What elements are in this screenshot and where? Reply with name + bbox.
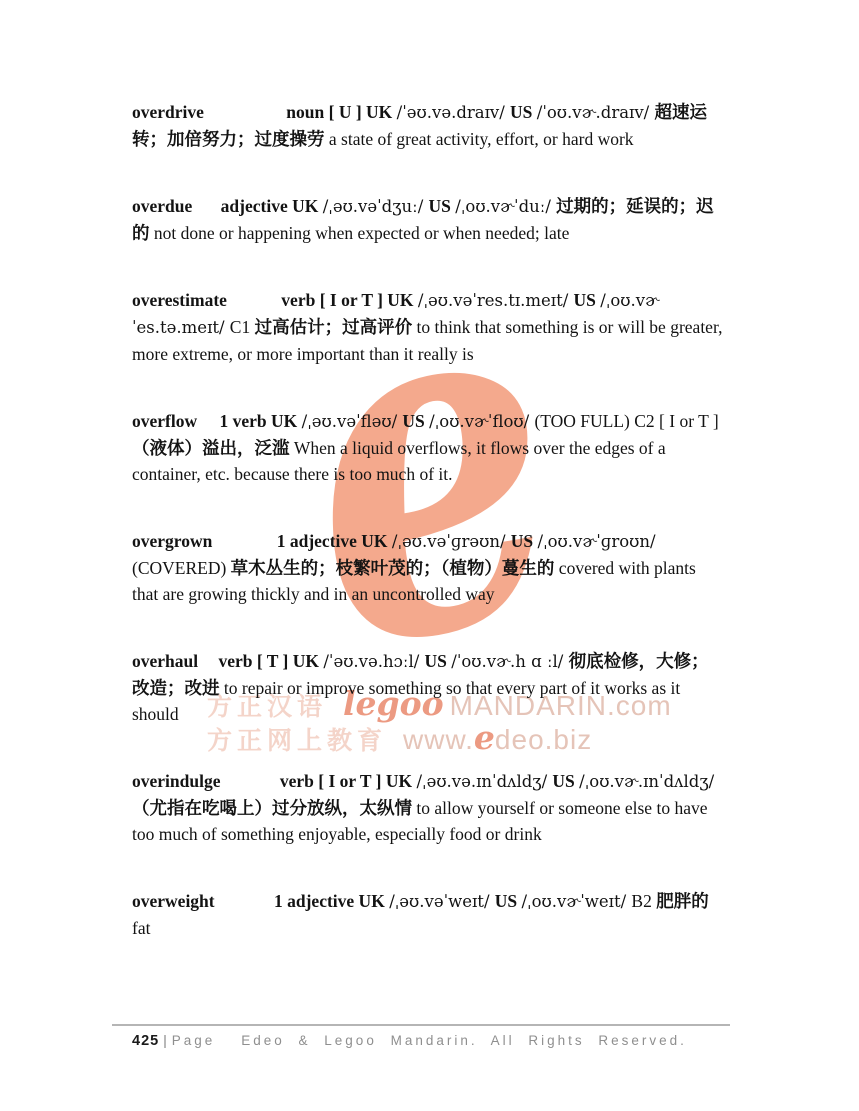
- headword: overestimate: [132, 290, 227, 310]
- entry-segment-ipa: /ˌoʊ.vɚˈfloʊ/: [429, 412, 534, 431]
- entry-segment-plain: B2: [631, 891, 656, 911]
- entry-segment-ipa: /ˌəʊ.vəˈres.tɪ.meɪt/: [418, 291, 574, 310]
- headword: overweight: [132, 891, 215, 911]
- entry-segment-def: a state of great activity, effort, or ha…: [329, 129, 634, 149]
- entry-segment-ipa: /ˈəʊ.və.hɔːl/: [323, 652, 424, 671]
- entry-segment-zh: （尤指在吃喝上）过分放纵，太纵情: [132, 798, 416, 818]
- entry-segment-ipa: /ˈəʊ.və.draɪv/: [397, 103, 510, 122]
- tab-space: [215, 906, 270, 907]
- headword: overdue: [132, 196, 192, 216]
- entry-segment-ipa: /ˌəʊ.vəˈweɪt/: [389, 892, 495, 911]
- tab-space: [197, 426, 215, 427]
- entry-segment-ipa: /ˌoʊ.vɚˈɡroʊn/: [538, 532, 656, 551]
- entry-segment-pos: 1 adjective UK: [274, 891, 389, 911]
- dict-entry-overdrive: overdrive noun [ U ] UK /ˈəʊ.və.draɪv/ U…: [132, 99, 724, 152]
- entry-segment-pos: 1 adjective UK: [277, 531, 392, 551]
- footer-divider: [112, 1024, 730, 1026]
- entry-segment-zh: （液体）溢出，泛滥: [132, 438, 294, 458]
- entry-segment-plain: (TOO FULL) C2 [ I or T ]: [534, 411, 718, 431]
- entry-segment-pos: US: [425, 651, 452, 671]
- copyright-text: Edeo & Legoo Mandarin. All Rights Reserv…: [241, 1033, 687, 1048]
- entry-segment-pos: noun [ U ] UK: [286, 102, 396, 122]
- headword: overflow: [132, 411, 197, 431]
- entry-segment-pos: US: [511, 531, 538, 551]
- footer-text: 425|PageEdeo & Legoo Mandarin. All Right…: [112, 1033, 730, 1049]
- entry-segment-ipa: /ˌəʊ.və.ɪnˈdʌldʒ/: [416, 772, 552, 791]
- entry-segment-plain: (COVERED): [132, 558, 231, 578]
- entry-segment-pos: US: [510, 102, 537, 122]
- tab-space: [220, 786, 275, 787]
- dict-entry-overdue: overdue adjective UK /ˌəʊ.vəˈdʒuː/ US /ˌ…: [132, 193, 724, 246]
- page-footer: 425|PageEdeo & Legoo Mandarin. All Right…: [112, 1024, 730, 1049]
- entry-segment-def: not done or happening when expected or w…: [154, 223, 569, 243]
- entry-segment-pos: US: [552, 771, 579, 791]
- tab-space: [192, 211, 216, 212]
- entry-segment-pos: US: [495, 891, 522, 911]
- headword: overdrive: [132, 102, 204, 122]
- entry-segment-ipa: /ˌoʊ.vɚ.ɪnˈdʌldʒ/: [579, 772, 714, 791]
- entry-segment-ipa: /ˌoʊ.vɚˈduː/: [455, 197, 556, 216]
- entry-segment-pos: adjective UK: [221, 196, 323, 216]
- dictionary-page: e 方正汉语legooMANDARIN.com 方正网上教育www.edeo.b…: [0, 0, 859, 1111]
- dict-entry-overflow: overflow 1 verb UK /ˌəʊ.vəˈfləʊ/ US /ˌoʊ…: [132, 408, 724, 487]
- footer-separator: |: [163, 1033, 170, 1048]
- entry-segment-plain: C1: [230, 317, 255, 337]
- entry-segment-def: fat: [132, 918, 150, 938]
- dict-entry-overweight: overweight 1 adjective UK /ˌəʊ.vəˈweɪt/ …: [132, 888, 724, 941]
- entry-segment-ipa: /ˌəʊ.vəˈfləʊ/: [302, 412, 403, 431]
- entry-segment-pos: verb [ T ] UK: [219, 651, 324, 671]
- entry-segment-pos: verb [ I or T ] UK: [281, 290, 418, 310]
- entry-segment-ipa: /ˈoʊ.vɚ.h ɑ ːl/: [451, 652, 568, 671]
- tab-space: [198, 666, 214, 667]
- entry-segment-ipa: /ˌəʊ.vəˈdʒuː/: [323, 197, 429, 216]
- dict-entry-overestimate: overestimate verb [ I or T ] UK /ˌəʊ.vəˈ…: [132, 287, 724, 367]
- dict-entry-overhaul: overhaul verb [ T ] UK /ˈəʊ.və.hɔːl/ US …: [132, 648, 724, 727]
- dictionary-entries: overdrive noun [ U ] UK /ˈəʊ.və.draɪv/ U…: [132, 99, 724, 982]
- entry-segment-pos: US: [574, 290, 601, 310]
- entry-segment-ipa: /ˌoʊ.vɚˈweɪt/: [522, 892, 632, 911]
- entry-segment-pos: US: [429, 196, 456, 216]
- entry-segment-zh: 肥胖的: [656, 891, 709, 911]
- entry-segment-pos: verb [ I or T ] UK: [280, 771, 417, 791]
- page-label: Page: [172, 1033, 216, 1048]
- headword: overgrown: [132, 531, 212, 551]
- entry-segment-pos: 1 verb UK: [220, 411, 302, 431]
- headword: overindulge: [132, 771, 220, 791]
- entry-segment-ipa: /ˈoʊ.vɚ.draɪv/: [537, 103, 655, 122]
- entry-segment-zh: 草木丛生的；枝繁叶茂的；（植物）蔓生的: [231, 558, 559, 578]
- dict-entry-overindulge: overindulge verb [ I or T ] UK /ˌəʊ.və.ɪ…: [132, 768, 724, 847]
- entry-segment-pos: US: [402, 411, 429, 431]
- dict-entry-overgrown: overgrown 1 adjective UK /ˌəʊ.vəˈɡrəʊn/ …: [132, 528, 724, 607]
- page-number: 425: [132, 1033, 159, 1049]
- entry-segment-zh: 过高估计；过高评价: [255, 317, 417, 337]
- tab-space: [212, 546, 272, 547]
- tab-space: [227, 305, 277, 306]
- headword: overhaul: [132, 651, 198, 671]
- entry-segment-ipa: /ˌəʊ.vəˈɡrəʊn/: [392, 532, 511, 551]
- tab-space: [204, 117, 282, 118]
